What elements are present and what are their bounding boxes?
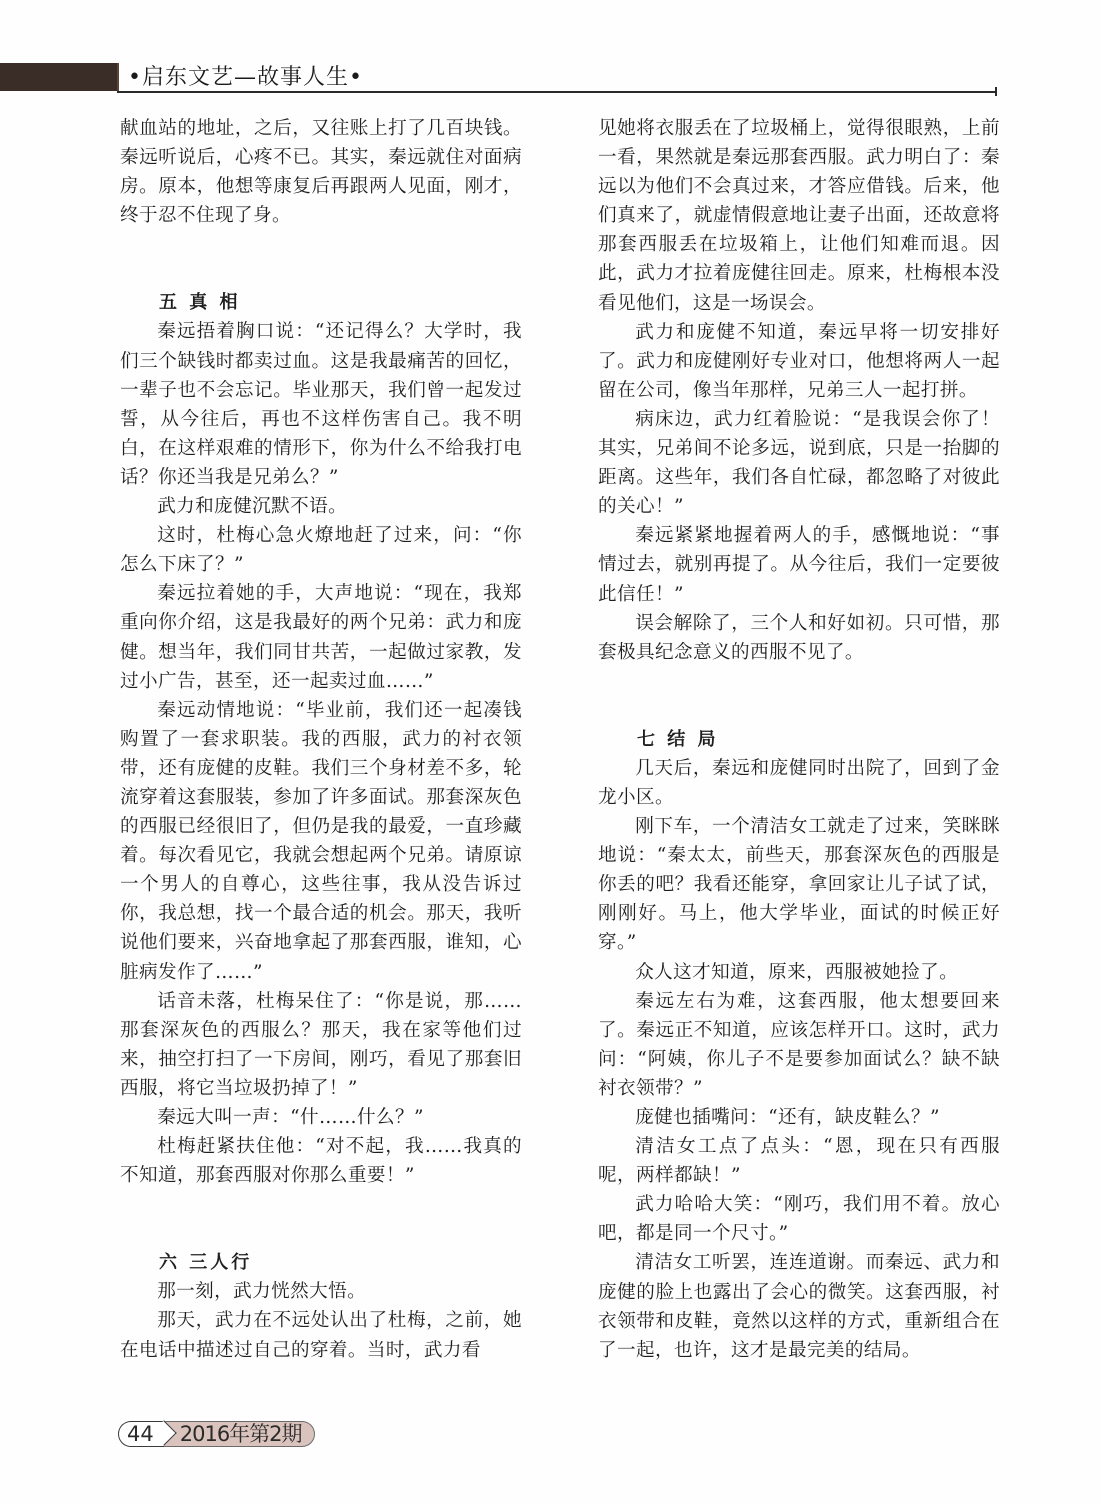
paragraph-continued: 见她将衣服丢在了垃圾桶上，觉得很眼熟，上前一看，果然就是秦远那套西服。武力明白了… — [598, 114, 1000, 318]
paragraph: 秦远左右为难，这套西服，他太想要回来了。秦远正不知道，应该怎样开口。这时，武力问… — [598, 987, 1000, 1103]
paragraph: 武力哈哈大笑：“刚巧，我们用不着。放心吧，都是同一个尺寸。” — [598, 1190, 1000, 1248]
section-heading-6: 六 三人行 — [120, 1248, 522, 1277]
paragraph-continued: 献血站的地址，之后，又往账上打了几百块钱。秦远听说后，心疼不已。其实，秦远就住对… — [120, 114, 522, 230]
paragraph: 清洁女工听罢，连连道谢。而秦远、武力和庞健的脸上也露出了会心的微笑。这套西服，衬… — [598, 1248, 1000, 1364]
paragraph: 秦远拉着她的手，大声地说：“现在，我郑重向你介绍，这是我最好的两个兄弟：武力和庞… — [120, 579, 522, 695]
paragraph: 几天后，秦远和庞健同时出院了，回到了金龙小区。 — [598, 754, 1000, 812]
paragraph: 杜梅赶紧扶住他：“对不起，我……我真的不知道，那套西服对你那么重要！” — [120, 1132, 522, 1190]
paragraph: 众人这才知道，原来，西服被她捡了。 — [598, 958, 1000, 987]
paragraph: 刚下车，一个清洁女工就走了过来，笑眯眯地说：“秦太太，前些天，那套深灰色的西服是… — [598, 812, 1000, 957]
header-rule — [117, 91, 997, 93]
running-header-title: •启东文艺—故事人生• — [128, 64, 363, 92]
section-gap — [120, 230, 522, 288]
page-number: 44 — [118, 1421, 164, 1447]
header-rule-end-tick — [995, 87, 997, 96]
paragraph: 秦远紧紧地握着两人的手，感慨地说：“事情过去，就别再提了。从今往后，我们一定要彼… — [598, 521, 1000, 608]
header-color-bar — [0, 63, 119, 91]
left-column: 献血站的地址，之后，又往账上打了几百块钱。秦远听说后，心疼不已。其实，秦远就住对… — [120, 114, 522, 1365]
paragraph: 误会解除了，三个人和好如初。只可惜，那套极具纪念意义的西服不见了。 — [598, 609, 1000, 667]
right-column: 见她将衣服丢在了垃圾桶上，觉得很眼熟，上前一看，果然就是秦远那套西服。武力明白了… — [598, 114, 1000, 1365]
paragraph: 那一刻，武力恍然大悟。 — [120, 1277, 522, 1306]
paragraph: 庞健也插嘴问：“还有，缺皮鞋么？” — [598, 1103, 1000, 1132]
section-gap — [120, 1190, 522, 1248]
paragraph: 武力和庞健不知道，秦远早将一切安排好了。武力和庞健刚好专业对口，他想将两人一起留… — [598, 318, 1000, 405]
paragraph: 病床边，武力红着脸说：“是我误会你了！其实，兄弟间不论多远，说到底，只是一抬脚的… — [598, 405, 1000, 521]
paragraph: 秦远大叫一声：“什……什么？” — [120, 1103, 522, 1132]
section-heading-5: 五 真 相 — [120, 288, 522, 317]
paragraph: 清洁女工点了点头：“恩，现在只有西服呢，两样都缺！” — [598, 1132, 1000, 1190]
paragraph: 那天，武力在不远处认出了杜梅，之前，她在电话中描述过自己的穿着。当时，武力看 — [120, 1306, 522, 1364]
footer-issue-badge: 44 2016年第2期 — [118, 1421, 315, 1447]
section-gap — [598, 667, 1000, 725]
paragraph: 秦远动情地说：“毕业前，我们还一起凑钱购置了一套求职装。我的西服，武力的衬衣领带… — [120, 696, 522, 987]
issue-label: 2016年第2期 — [162, 1421, 315, 1447]
paragraph: 话音未落，杜梅呆住了：“你是说，那……那套深灰色的西服么？那天，我在家等他们过来… — [120, 987, 522, 1103]
paragraph: 这时，杜梅心急火燎地赶了过来，问：“你怎么下床了？” — [120, 521, 522, 579]
paragraph: 武力和庞健沉默不语。 — [120, 492, 522, 521]
section-heading-7: 七 结 局 — [598, 725, 1000, 754]
paragraph: 秦远捂着胸口说：“还记得么？大学时，我们三个缺钱时都卖过血。这是我最痛苦的回忆，… — [120, 317, 522, 492]
